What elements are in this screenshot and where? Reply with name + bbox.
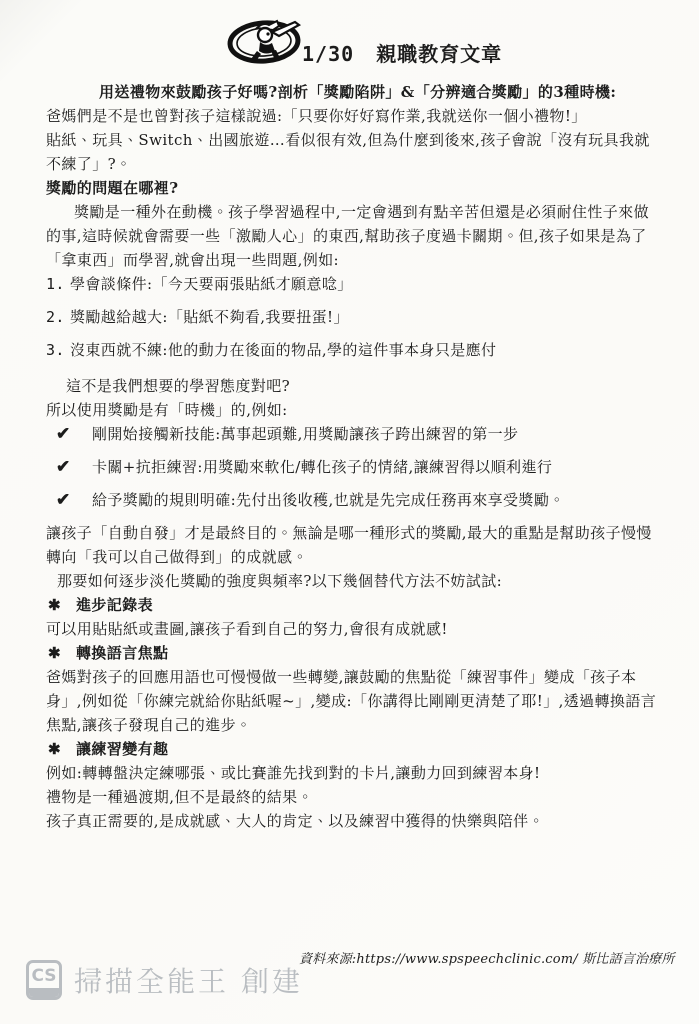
method-title: 轉換語言焦點 <box>76 641 168 665</box>
check-item: ✔ 卡關+抗拒練習:用獎勵來軟化/轉化孩子的情緒,讓練習得以順利進行 <box>46 455 662 479</box>
source-line: 資料來源:https://www.spspeechclinic.com/ 斯比語… <box>299 948 675 967</box>
checkmark-icon: ✔ <box>46 488 92 512</box>
method-title-row: ✱ 進步記錄表 <box>46 593 662 617</box>
method-title: 讓練習變有趣 <box>76 737 168 761</box>
goal-paragraph-2: 那要如何逐步淡化獎勵的強度與頻率?以下幾個替代方法不妨試試: <box>46 569 662 593</box>
method-title-row: ✱ 讓練習變有趣 <box>46 737 662 761</box>
check-item: ✔ 剛開始接觸新技能:萬事起頭難,用獎勵讓孩子跨出練習的第一步 <box>46 422 662 446</box>
intro-paragraph-1: 爸媽們是不是也曾對孩子這樣說過:「只要你好好寫作業,我就送你一個小禮物!」 <box>46 104 662 128</box>
paw-bullet-icon: ✱ <box>46 593 76 617</box>
camscanner-watermark: CS 掃描全能王 創建 <box>26 960 303 1000</box>
method-body: 例如:轉轉盤決定練哪張、或比賽誰先找到對的卡片,讓動力回到練習本身! <box>46 761 662 785</box>
timing-checklist: ✔ 剛開始接觸新技能:萬事起頭難,用獎勵讓孩子跨出練習的第一步 ✔ 卡關+抗拒練… <box>46 422 662 512</box>
method-body: 可以用貼貼紙或畫圖,讓孩子看到自己的努力,會很有成就感! <box>46 617 662 641</box>
camscanner-badge-base <box>29 988 59 997</box>
check-item-text: 剛開始接觸新技能:萬事起頭難,用獎勵讓孩子跨出練習的第一步 <box>92 422 518 446</box>
method-section: ✱ 讓練習變有趣 例如:轉轉盤決定練哪張、或比賽誰先找到對的卡片,讓動力回到練習… <box>46 737 662 785</box>
document-header: 1/30親職教育文章 <box>0 8 699 68</box>
conclusion-paragraph-1: 禮物是一種過渡期,但不是最終的結果。 <box>46 785 662 809</box>
mascot-logo-icon <box>227 18 303 64</box>
conclusion-paragraph-2: 孩子真正需要的,是成就感、大人的肯定、以及練習中獲得的快樂與陪伴。 <box>46 809 662 833</box>
check-item: ✔ 給予獎勵的規則明確:先付出後收穫,也就是先完成任務再來享受獎勵。 <box>46 488 662 512</box>
camscanner-badge-text: CS <box>31 963 56 988</box>
checkmark-icon: ✔ <box>46 455 92 479</box>
method-body: 爸媽對孩子的回應用語也可慢慢做一些轉變,讓鼓勵的焦點從「練習事件」變成「孩子本身… <box>46 665 662 737</box>
problem-closing: 這不是我們想要的學習態度對吧? <box>46 374 662 398</box>
page-title: 親職教育文章 <box>376 42 502 66</box>
check-item-text: 給予獎勵的規則明確:先付出後收穫,也就是先完成任務再來享受獎勵。 <box>92 488 565 512</box>
paw-bullet-icon: ✱ <box>46 641 76 665</box>
check-item-text: 卡關+抗拒練習:用獎勵來軟化/轉化孩子的情緒,讓練習得以順利進行 <box>92 455 552 479</box>
checkmark-icon: ✔ <box>46 422 92 446</box>
method-title: 進步記錄表 <box>76 593 153 617</box>
problem-list-item: 2. 獎勵越給越大:「貼紙不夠看,我要扭蛋!」 <box>46 305 662 329</box>
intro-headline: 用送禮物來鼓勵孩子好嗎?剖析「獎勵陷阱」&「分辨適合獎勵」的3種時機: <box>46 80 662 104</box>
problem-list-item: 1. 學會談條件:「今天要兩張貼紙才願意唸」 <box>46 272 662 296</box>
list-item-text: 學會談條件:「今天要兩張貼紙才願意唸」 <box>70 272 353 296</box>
method-section: ✱ 轉換語言焦點 爸媽對孩子的回應用語也可慢慢做一些轉變,讓鼓勵的焦點從「練習事… <box>46 641 662 737</box>
list-item-number: 3. <box>46 338 70 362</box>
paw-bullet-icon: ✱ <box>46 737 76 761</box>
method-section: ✱ 進步記錄表 可以用貼貼紙或畫圖,讓孩子看到自己的努力,會很有成就感! <box>46 593 662 641</box>
method-title-row: ✱ 轉換語言焦點 <box>46 641 662 665</box>
timing-intro: 所以使用獎勵是有「時機」的,例如: <box>46 398 662 422</box>
camscanner-badge-icon: CS <box>26 960 62 1000</box>
problem-intro: 獎勵是一種外在動機。孩子學習過程中,一定會遇到有點辛苦但還是必須耐住性子來做的事… <box>46 200 662 272</box>
list-item-number: 2. <box>46 305 70 329</box>
document-body: 用送禮物來鼓勵孩子好嗎?剖析「獎勵陷阱」&「分辨適合獎勵」的3種時機: 爸媽們是… <box>46 80 662 833</box>
list-item-text: 沒東西就不練:他的動力在後面的物品,學的這件事本身只是應付 <box>70 338 496 362</box>
scanned-document-page: 1/30親職教育文章 用送禮物來鼓勵孩子好嗎?剖析「獎勵陷阱」&「分辨適合獎勵」… <box>0 0 699 1024</box>
page-indicator: 1/30 <box>302 42 354 66</box>
header-title-row: 1/30親職教育文章 <box>302 38 502 67</box>
problem-list: 1. 學會談條件:「今天要兩張貼紙才願意唸」 2. 獎勵越給越大:「貼紙不夠看,… <box>46 272 662 362</box>
list-item-text: 獎勵越給越大:「貼紙不夠看,我要扭蛋!」 <box>70 305 349 329</box>
problem-list-item: 3. 沒東西就不練:他的動力在後面的物品,學的這件事本身只是應付 <box>46 338 662 362</box>
goal-paragraph-1: 讓孩子「自動自發」才是最終目的。無論是哪一種形式的獎勵,最大的重點是幫助孩子慢慢… <box>46 521 662 569</box>
problem-heading: 獎勵的問題在哪裡? <box>46 176 662 200</box>
watermark-label: 掃描全能王 創建 <box>74 960 303 1000</box>
list-item-number: 1. <box>46 272 70 296</box>
intro-paragraph-2: 貼紙、玩具、Switch、出國旅遊…看似很有效,但為什麼到後來,孩子會說「沒有玩… <box>46 128 662 176</box>
